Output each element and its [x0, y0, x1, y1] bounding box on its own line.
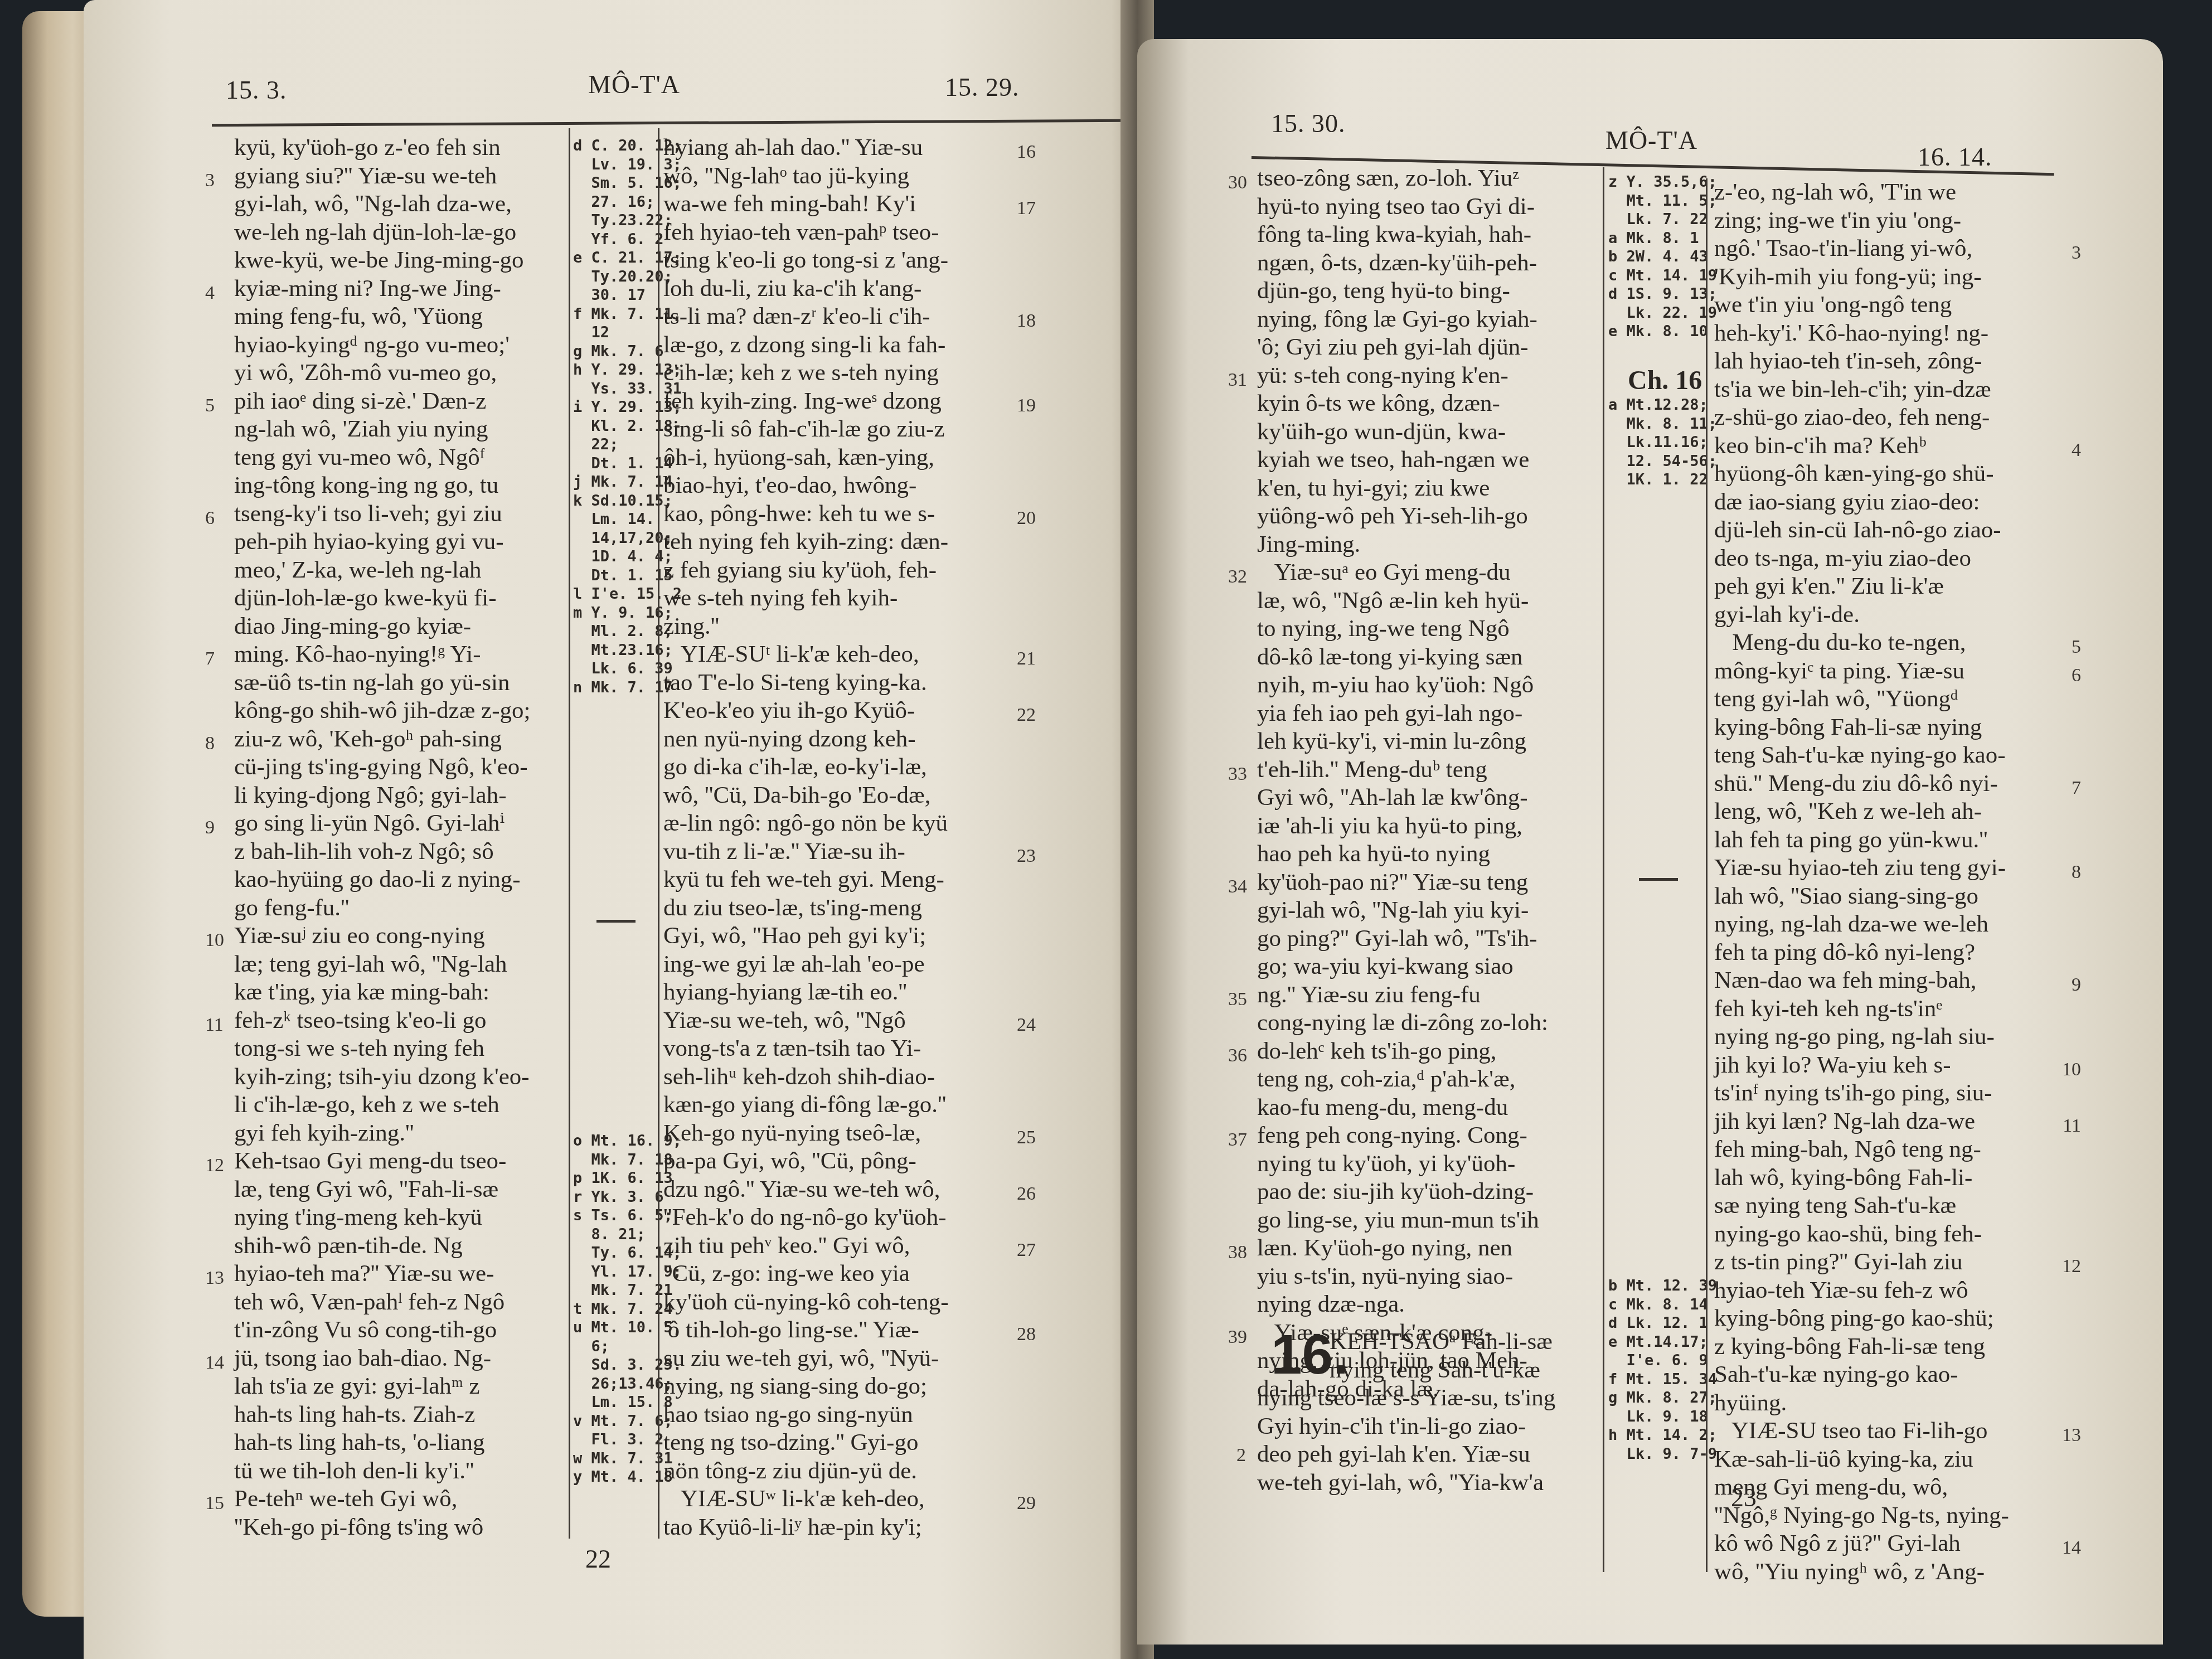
text-line: ng.'' Yiæ-su ziu feng-fu	[1257, 981, 1597, 1010]
text-line: kyiæ-ming ni? Ing-we Jing-	[234, 275, 574, 303]
text-line: ''Cü, z-go: ing-we keo yia	[663, 1260, 1003, 1288]
verse-number: 27	[1017, 1236, 1036, 1265]
text-line: go feng-fu.''	[234, 894, 574, 923]
text-line: ts'ia we bin-leh-c'ih; yin-dzæ	[1714, 376, 2049, 404]
text-line: Gyi wô, ''Ah-lah læ kw'ông-	[1257, 784, 1597, 812]
text-line: gyi feh kyih-zing.''	[234, 1119, 574, 1148]
text-line: go ping?'' Gyi-lah wô, ''Ts'ih-	[1257, 925, 1597, 953]
column-divider	[658, 128, 659, 1539]
text-line: to nying, ing-we teng Ngô	[1257, 615, 1597, 643]
text-line: lah hyiao-teh t'in-seh, zông-	[1714, 347, 2049, 376]
text-line: hyiao-kyingᵈ ng-go vu-meo;'	[234, 331, 574, 360]
right-page-cross-references-bottom: b Mt. 12. 39c Mk. 8. 14d Lk. 12. 1e Mt.1…	[1608, 1277, 1717, 1463]
verse-number: 30	[1228, 169, 1247, 197]
text-line: Næn-dao wa feh ming-bah,	[1714, 967, 2049, 995]
text-line: cong-nying læ di-zông zo-loh:	[1257, 1009, 1597, 1037]
verse-number: 9	[205, 814, 215, 842]
text-line: nying-go kao-shü, bing feh-	[1714, 1220, 2049, 1249]
header-rule	[212, 119, 1126, 127]
text-line: feh kyih-zing. Ing-weˢ dzong	[663, 387, 1003, 416]
text-line: nön tông-z ziu djün-yü de.	[663, 1457, 1003, 1486]
verse-number: 20	[1017, 505, 1036, 533]
cross-reference: h Mt. 14. 2;	[1608, 1426, 1717, 1445]
text-line: K'eo-k'eo yiu ih-go Kyüô-	[663, 697, 1003, 725]
cross-reference: a Mk. 8. 1	[1608, 229, 1717, 248]
text-line: tseo-zông sæn, zo-loh. Yiuᶻ	[1257, 164, 1597, 193]
cross-reference: Lk. 9. 18	[1608, 1408, 1717, 1427]
text-line: hyüing.	[1714, 1389, 2049, 1418]
text-line: æ-lin ngô: ngô-go nön be kyü	[663, 809, 1003, 838]
chapter-reference-heading: Ch. 16	[1628, 365, 1702, 396]
left-header-reference-end: 15. 29.	[945, 72, 1020, 102]
text-line: zih tiu pehᵛ keo.'' Gyi wô,	[663, 1232, 1003, 1260]
cross-reference: Lk.11.16;	[1608, 433, 1717, 452]
cross-reference: b 2W. 4. 43	[1608, 248, 1717, 266]
verse-number: 4	[205, 279, 215, 308]
text-line: su ziu we-teh gyi, wô, ''Nyü-	[663, 1345, 1003, 1373]
text-line: ing-we gyi læ ah-lah 'eo-pe	[663, 950, 1003, 979]
text-line: c'ih-læ; keh z we s-teh nying	[663, 359, 1003, 387]
verse-number: 15	[205, 1490, 224, 1518]
reference-separator-dash	[1639, 878, 1678, 881]
right-page-text-column-1: tseo-zông sæn, zo-loh. Yiuᶻhyü-to nying …	[1257, 164, 1597, 1403]
text-line: læ; teng gyi-lah wô, ''Ng-lah	[234, 950, 574, 979]
text-line: we-leh ng-lah djün-loh-læ-go	[234, 219, 574, 247]
verse-number: 3	[2072, 239, 2081, 268]
text-line: Yiæ-suʲ ziu eo cong-nying	[234, 922, 574, 950]
text-line: sæ-üô ts-tin ng-lah go yü-sin	[234, 669, 574, 697]
verse-number: 37	[1228, 1126, 1247, 1154]
text-line: djü-leh sin-cü Iah-nô-go ziao-	[1714, 516, 2049, 545]
text-line: deo peh gyi-lah k'en. Yiæ-su	[1257, 1440, 1597, 1469]
text-line: Keh-tsao Gyi meng-du tseo-	[234, 1147, 574, 1176]
text-line: kông-go shih-wô jih-dzæ z-go;	[234, 697, 574, 725]
right-header-reference-start: 15. 30.	[1271, 109, 1346, 138]
text-line: vong-ts'a z tæn-tsih tao Yi-	[663, 1035, 1003, 1063]
left-page-text-column-2: hyiang ah-lah dao.'' Yiæ-suwô, ''Ng-lahᵒ…	[663, 134, 1003, 1541]
text-line: 'ô; Gyi ziu peh gyi-lah djün-	[1257, 333, 1597, 362]
text-line: hah-ts ling hah-ts, 'o-liang	[234, 1429, 574, 1457]
verse-number: 35	[1228, 986, 1247, 1014]
text-line: Gyi hyin-c'ih t'in-li-go ziao-	[1257, 1413, 1597, 1441]
cross-reference: c Mt. 14. 19	[1608, 266, 1717, 285]
verse-number: 28	[1017, 1321, 1036, 1349]
text-line: Keh-go nyü-nying tseô-læ,	[663, 1119, 1003, 1148]
text-line: go sing li-yün Ngô. Gyi-lahⁱ	[234, 809, 574, 838]
text-line: loh du-li, ziu ka-c'ih k'ang-	[663, 275, 1003, 303]
text-line: djün-go, teng hyü-to bing-	[1257, 277, 1597, 305]
text-line: keo bin-c'ih ma? Kehᵇ	[1714, 432, 2049, 460]
text-line: Yiæ-su we-teh, wô, ''Ngô	[663, 1007, 1003, 1035]
verse-number: 8	[2072, 858, 2081, 887]
text-line: nyih, m-yiu hao ky'üoh: Ngô	[1257, 671, 1597, 700]
text-line: YIÆ-SU tseo tao Fi-lih-go	[1714, 1417, 2049, 1445]
verse-number: 32	[1228, 563, 1247, 591]
verse-number: 34	[1228, 873, 1247, 901]
verse-number: 22	[1017, 701, 1036, 730]
text-line: hyüong-ôh kæn-ying-go shü-	[1714, 460, 2049, 488]
text-line: lah feh ta ping go yün-kwu.''	[1714, 826, 2049, 855]
text-line: YIÆ-SUʷ li-k'æ keh-deo,	[663, 1485, 1003, 1514]
text-line: gyi-lah, wô, ''Ng-lah dza-we,	[234, 190, 574, 219]
verse-number: 10	[2062, 1056, 2081, 1084]
verse-number: 6	[2072, 662, 2081, 690]
text-line: we s-teh nying feh kyih-	[663, 584, 1003, 613]
text-line: teng gyi vu-meo wô, Ngôᶠ	[234, 444, 574, 472]
verse-number: 6	[205, 505, 215, 533]
text-line: feh ming-bah, Ngô teng ng-	[1714, 1136, 2049, 1164]
cross-reference: e Mt.14.17;	[1608, 1333, 1717, 1352]
text-line: yia feh iao peh gyi-lah ngo-	[1257, 700, 1597, 728]
right-header-reference-end: 16. 14.	[1918, 142, 1992, 172]
text-line: teng gyi-lah wô, ''Yüongᵈ	[1714, 685, 2049, 714]
text-line: Kæ-sah-li-üô kying-ka, ziu	[1714, 1445, 2049, 1474]
text-line: Pe-tehⁿ we-teh Gyi wô,	[234, 1485, 574, 1514]
verse-number: 17	[1017, 195, 1036, 223]
text-line: li c'ih-læ-go, keh z we s-teh	[234, 1091, 574, 1119]
text-line: dzu ngô.'' Yiæ-su we-teh wô,	[663, 1176, 1003, 1204]
text-line: tong-si we s-teh nying feh	[234, 1035, 574, 1063]
verse-number: 21	[1017, 645, 1036, 673]
text-line: læ, wô, ''Ngô æ-lin keh hyü-	[1257, 587, 1597, 615]
text-line: ts'inᶠ nying ts'ih-go ping, siu-	[1714, 1079, 2049, 1108]
text-line: kying-bông Fah-li-sæ nying	[1714, 714, 2049, 742]
right-page: 15. 30. MÔ-T'A 16. 14. tseo-zông sæn, zo…	[1137, 39, 2163, 1645]
cross-reference: Mt. 11. 5;	[1608, 192, 1717, 211]
text-line: ing-tông kong-ing ng go, tu	[234, 472, 574, 500]
text-line: ''Feh-k'o do ng-nô-go ky'üoh-	[663, 1204, 1003, 1232]
text-line: go; wa-yiu kyi-kwang siao	[1257, 953, 1597, 981]
text-line: Jing-ming.	[1257, 531, 1597, 559]
text-line: dô-kô læ-tong yi-kying sæn	[1257, 643, 1597, 672]
text-line: teh wô, Væn-pahˡ feh-z Ngô	[234, 1288, 574, 1317]
text-line: hao tsiao ng-go sing-nyün	[663, 1401, 1003, 1429]
verse-number: 26	[1017, 1180, 1036, 1209]
verse-number: 36	[1228, 1042, 1247, 1070]
text-line: z-shü-go ziao-deo, feh neng-	[1714, 404, 2049, 432]
text-line: kyü tu feh we-teh gyi. Meng-	[663, 866, 1003, 894]
text-line: leh kyü-ky'i, vi-min lu-zông	[1257, 727, 1597, 756]
verse-number: 7	[2072, 774, 2081, 803]
verse-number: 38	[1228, 1239, 1247, 1267]
text-line: tseng-ky'i tso li-veh; gyi ziu	[234, 500, 574, 528]
text-line: iæ 'ah-li yiu ka hyü-to ping,	[1257, 812, 1597, 841]
text-line: feh hyiao-teh væn-pahᵖ tseo-	[663, 219, 1003, 247]
text-line: hyiang-hyiang læ-tih eo.''	[663, 978, 1003, 1007]
text-line: wô, ''Yiu nyingʰ wô, z 'Ang-	[1714, 1558, 2049, 1587]
text-line: sing-li sô fah-c'ih-læ go ziu-z	[663, 415, 1003, 444]
text-line: kyiah we tseo, hah-ngæn we	[1257, 446, 1597, 474]
text-line: go ling-se, yiu mun-mun ts'ih	[1257, 1206, 1597, 1235]
text-line: yiu s-ts'in, nyü-nying siao-	[1257, 1263, 1597, 1291]
text-line: meng Gyi meng-du, wô,	[1714, 1473, 2049, 1502]
cross-reference: d 1S. 9. 13;	[1608, 285, 1717, 304]
text-line: kao, pông-hwe: keh tu we s-	[663, 500, 1003, 528]
text-line: lah wô, ''Siao siang-sing-go	[1714, 882, 2049, 911]
text-line: ming feng-fu, wô, 'Yüong	[234, 303, 574, 331]
text-line: vu-tih z li-'æ.'' Yiæ-su ih-	[663, 838, 1003, 866]
text-line: læ, teng Gyi wô, ''Fah-li-sæ	[234, 1176, 574, 1204]
text-line: gyi-lah ky'i-de.	[1714, 601, 2049, 629]
text-line: nying ng-go ping, ng-lah siu-	[1714, 1023, 2049, 1051]
text-line: Meng-du du-ko te-ngen,	[1714, 629, 2049, 657]
text-line: z-'eo, ng-lah wô, 'T'in we	[1714, 178, 2049, 207]
text-line: læ-go, z dzong sing-li ka fah-	[663, 331, 1003, 360]
text-line: kyih-zing; tsih-yiu dzong k'eo-	[234, 1063, 574, 1092]
text-line: z bah-lih-lih voh-z Ngô; sô	[234, 838, 574, 866]
cross-reference: f Mt. 15. 34	[1608, 1370, 1717, 1389]
text-line: shü.'' Meng-du ziu dô-kô nyi-	[1714, 770, 2049, 798]
verse-number: 3	[205, 167, 215, 195]
cross-reference: z Y. 35.5,6;	[1608, 173, 1717, 192]
verse-number: 13	[2062, 1422, 2081, 1450]
text-line: gyi-lah wô, ''Ng-lah yiu kyi-	[1257, 896, 1597, 925]
text-line: nying dzæ-nga.	[1257, 1291, 1597, 1319]
text-line: nying, ng-lah dza-we we-leh	[1714, 910, 2049, 939]
verse-number: 14	[2062, 1534, 2081, 1563]
text-line: kao-hyüing go dao-li z nying-	[234, 866, 574, 894]
text-line: ng-lah wô, 'Ziah yiu nying	[234, 415, 574, 444]
text-line: kyin ô-ts we kông, dzæn-	[1257, 390, 1597, 418]
text-line: kô wô Ngô z jü?'' Gyi-lah	[1714, 1530, 2049, 1558]
left-header-reference-start: 15. 3.	[226, 75, 287, 105]
text-line: pao de: siu-jih ky'üoh-dzing-	[1257, 1178, 1597, 1206]
text-line: tao Kyüô-li-liʸ hæ-pin ky'i;	[663, 1514, 1003, 1542]
text-line: ôh-i, hyüong-sah, kæn-ying,	[663, 444, 1003, 472]
left-page: 15. 3. MÔ-T'A 15. 29. kyü, ky'üoh-go z-'…	[84, 0, 1154, 1659]
text-line: feh kyi-teh keh ng-ts'inᵉ	[1714, 995, 2049, 1023]
column-divider	[1603, 167, 1604, 1572]
right-header-title: MÔ-T'A	[1605, 125, 1697, 155]
text-line: kæn-go yiang di-fông læ-go.''	[663, 1091, 1003, 1119]
verse-number: 23	[1017, 842, 1036, 871]
text-line: z ts-tin ping?'' Gyi-lah ziu	[1714, 1248, 2049, 1277]
cross-reference: c Mk. 8. 14	[1608, 1296, 1717, 1314]
cross-reference: g Mk. 8. 27;	[1608, 1389, 1717, 1408]
verse-number: 31	[1228, 366, 1247, 395]
text-line: shih-wô pæn-tih-de. Ng	[234, 1232, 574, 1260]
text-line: teng ng, coh-zia,ᵈ p'ah-k'æ,	[1257, 1065, 1597, 1094]
text-line: nying t'ing-meng keh-kyü	[234, 1204, 574, 1232]
verse-number: 25	[1017, 1124, 1036, 1152]
text-line: ky'üih-go wun-djün, kwa-	[1257, 418, 1597, 447]
text-line: pih iaoᵉ ding si-zè.' Dæn-z	[234, 387, 574, 416]
text-line: djün-loh-læ-go kwe-kyü fi-	[234, 584, 574, 613]
text-line: KEH-TSAOᵃ Fah-li-sæ	[1257, 1328, 1597, 1356]
text-line: nying, ng siang-sing do-go;	[663, 1372, 1003, 1401]
text-line: feh-zᵏ tseo-tsing k'eo-li go	[234, 1007, 574, 1035]
text-line: peh gyi k'en.'' Ziu li-k'æ	[1714, 573, 2049, 601]
verse-number: 2	[1236, 1445, 1246, 1466]
text-line: teh nying feh kyih-zing: dæn-	[663, 528, 1003, 556]
verse-number: 12	[205, 1152, 224, 1180]
text-line: hah-ts ling hah-ts. Ziah-z	[234, 1401, 574, 1429]
text-line: t'eh-lih.'' Meng-duᵇ teng	[1257, 756, 1597, 784]
verse-number: 39	[1228, 1323, 1247, 1352]
text-line: hao peh ka hyü-to nying	[1257, 840, 1597, 869]
text-line: nying teng Sah-t'u-kæ	[1257, 1356, 1597, 1385]
text-line: Yiæ-suᵃ eo Gyi meng-du	[1257, 559, 1597, 587]
verse-number: 5	[2072, 633, 2081, 662]
text-line: tü we tih-loh den-li ky'i.''	[234, 1457, 574, 1486]
verse-number: 29	[1017, 1490, 1036, 1518]
text-line: du ziu tseo-læ, ts'ing-meng	[663, 894, 1003, 923]
verse-number: 5	[205, 392, 215, 420]
verse-number: 16	[1017, 138, 1036, 167]
text-line: yi wô, 'Zôh-mô vu-meo go,	[234, 359, 574, 387]
text-line: wa-we feh ming-bah! Ky'i	[663, 190, 1003, 219]
text-line: cü-jing ts'ing-gying Ngô, k'eo-	[234, 753, 574, 782]
text-line: deo ts-nga, m-yiu ziao-deo	[1714, 545, 2049, 573]
verse-number: 9	[2072, 971, 2081, 1000]
text-line: we t'in yiu 'ong-ngô teng	[1714, 291, 2049, 319]
verse-number: 12	[2062, 1253, 2081, 1281]
text-line: meo,' Z-ka, we-leh ng-lah	[234, 556, 574, 585]
verse-number: 24	[1017, 1011, 1036, 1040]
right-page-number: 23	[1731, 1483, 1757, 1512]
text-line: jü, tsong iao bah-diao. Ng-	[234, 1345, 574, 1373]
text-line: diao Jing-ming-go kyiæ-	[234, 613, 574, 641]
text-line: hyiao-teh Yiæ-su feh-z wô	[1714, 1277, 2049, 1305]
verse-number: 18	[1017, 307, 1036, 336]
text-line: ming. Kô-hao-nying!ᵍ Yi-	[234, 641, 574, 669]
text-line: hyiao-teh ma?'' Yiæ-su we-	[234, 1260, 574, 1288]
verse-number: 33	[1228, 760, 1247, 789]
text-line: feng peh cong-nying. Cong-	[1257, 1122, 1597, 1150]
reference-separator-dash	[596, 920, 636, 923]
text-line: do-lehᶜ keh ts'ih-go ping,	[1257, 1037, 1597, 1066]
text-line: kao-fu meng-du, meng-du	[1257, 1094, 1597, 1122]
text-line: li kying-djong Ngô; gyi-lah-	[234, 782, 574, 810]
text-line: kyü, ky'üoh-go z-'eo feh sin	[234, 134, 574, 162]
text-line: YIÆ-SUᵗ li-k'æ keh-deo,	[663, 641, 1003, 669]
text-line: dæ iao-siang gyiu ziao-deo:	[1714, 488, 2049, 517]
text-line: ''Ngô,ᵍ Nying-go Ng-ts, nying-	[1714, 1502, 2049, 1530]
text-line: hyiang ah-lah dao.'' Yiæ-su	[663, 134, 1003, 162]
right-page-text-column-2: z-'eo, ng-lah wô, 'T'in wezing; ing-we t…	[1714, 178, 2049, 1586]
column-divider	[1706, 178, 1707, 1572]
chapter-16-cross-references: a Mt.12.28; Mk. 8. 11; Lk.11.16; 12. 54-…	[1608, 396, 1717, 489]
text-line: zing; ing-we t'in yiu 'ong-	[1714, 207, 2049, 235]
chapter-16-opening-text: KEH-TSAOᵃ Fah-li-sænying teng Sah-t'u-kæ…	[1257, 1328, 1597, 1497]
text-line: jih kyi læn? Ng-lah dza-we	[1714, 1108, 2049, 1136]
cross-reference: Lk. 9. 7-9	[1608, 1445, 1717, 1464]
text-line: feh ta ping dô-kô nyi-leng?	[1714, 939, 2049, 967]
text-line: ngô.' Tsao-t'in-liang yi-wô,	[1714, 235, 2049, 263]
text-line: yüông-wô peh Yi-seh-lih-go	[1257, 502, 1597, 531]
text-line: Gyi, wô, ''Hao peh gyi ky'i;	[663, 922, 1003, 950]
left-header-title: MÔ-T'A	[588, 70, 680, 99]
text-line: kæ t'ing, yia kæ ming-bah:	[234, 978, 574, 1007]
text-line: k'en, tu hyi-gyi; ziu kwe	[1257, 474, 1597, 503]
verse-number: 13	[205, 1264, 224, 1293]
text-line: nen nyü-nying dzong keh-	[663, 725, 1003, 754]
text-line: ky'üoh-pao ni?'' Yiæ-su teng	[1257, 869, 1597, 897]
cross-reference: 1K. 1. 22	[1608, 470, 1717, 489]
text-line: lah ts'ia ze gyi: gyi-lahᵐ z	[234, 1372, 574, 1401]
text-line: læn. Ky'üoh-go nying, nen	[1257, 1234, 1597, 1263]
text-line: ts-li ma? dæn-zʳ k'eo-li c'ih-	[663, 303, 1003, 331]
text-line: z feh gyiang siu ky'üoh, feh-	[663, 556, 1003, 585]
cross-reference: d Lk. 12. 1	[1608, 1314, 1717, 1333]
text-line: sæ nying teng Sah-t'u-kæ	[1714, 1192, 2049, 1220]
text-line: ky'üoh cü-nying-kô coh-teng-	[663, 1288, 1003, 1317]
text-line: hyü-to nying tseo tao Gyi di-	[1257, 193, 1597, 221]
cross-reference: Mk. 8. 11;	[1608, 415, 1717, 434]
text-line: kying-bông ping-go kao-shü;	[1714, 1304, 2049, 1333]
text-line: z kying-bông Fah-li-sæ teng	[1714, 1333, 2049, 1361]
text-line: leng, wô, ''Keh z we-leh ah-	[1714, 798, 2049, 826]
text-line: wô, ''Ng-lahᵒ tao jü-kying	[663, 162, 1003, 191]
verse-number: 7	[205, 645, 215, 673]
text-line: ziu-z wô, 'Keh-goʰ pah-sing	[234, 725, 574, 754]
cross-reference: 12. 54-56;	[1608, 452, 1717, 471]
verse-number: 8	[205, 730, 215, 758]
cross-reference: b Mt. 12. 39	[1608, 1277, 1717, 1296]
cross-reference: Lk. 7. 22	[1608, 210, 1717, 229]
text-line: yü: s-teh cong-nying k'en-	[1257, 362, 1597, 390]
left-page-text-column-1: kyü, ky'üoh-go z-'eo feh singyiang siu?'…	[234, 134, 574, 1541]
text-line: go di-ka c'ih-læ, eo-ky'i-læ,	[663, 753, 1003, 782]
text-line: wô, ''Cü, Da-bih-go 'Eo-dæ,	[663, 782, 1003, 810]
verse-number: 14	[205, 1349, 224, 1377]
text-line: nying tseo-læ s-s Yiæ-su, ts'ing	[1257, 1384, 1597, 1413]
text-line: kwe-kyü, we-be Jing-ming-go	[234, 246, 574, 275]
text-line: gyiang siu?'' Yiæ-su we-teh	[234, 162, 574, 191]
text-line: Yiæ-su hyiao-teh ziu teng gyi-	[1714, 854, 2049, 882]
text-line: seh-lihᵘ keh-dzoh shih-diao-	[663, 1063, 1003, 1092]
right-page-cross-references-top: z Y. 35.5,6; Mt. 11. 5; Lk. 7. 22a Mk. 8…	[1608, 173, 1717, 341]
verse-number: 10	[205, 926, 224, 955]
text-line: pa-pa Gyi, wô, ''Cü, pông-	[663, 1147, 1003, 1176]
text-line: biao-hyi, t'eo-dao, hwông-	[663, 472, 1003, 500]
text-line: peh-pih hyiao-kying gyi vu-	[234, 528, 574, 556]
text-line: ''Keh-go pi-fông ts'ing wô	[234, 1514, 574, 1542]
text-line: nying tu ky'üoh, yi ky'üoh-	[1257, 1150, 1597, 1178]
text-line: 'ô tih-loh-go ling-se.'' Yiæ-	[663, 1316, 1003, 1345]
text-line: Sah-t'u-kæ nying-go kao-	[1714, 1361, 2049, 1389]
verse-number: 11	[205, 1011, 224, 1040]
cross-reference: Lk. 22. 19	[1608, 304, 1717, 323]
verse-number: 4	[2072, 436, 2081, 465]
cross-reference: I'e. 6. 9	[1608, 1351, 1717, 1370]
verse-number: 19	[1017, 392, 1036, 420]
text-line: mông-kyiᶜ ta ping. Yiæ-su	[1714, 657, 2049, 686]
text-line: lah wô, kying-bông Fah-li-	[1714, 1164, 2049, 1192]
text-line: nying, fông læ Gyi-go kyiah-	[1257, 305, 1597, 334]
text-line: we-teh gyi-lah, wô, ''Yia-kw'a	[1257, 1469, 1597, 1497]
text-line: tao T'e-lo Si-teng kying-ka.	[663, 669, 1003, 697]
text-line: tsing k'eo-li go tong-si z 'ang-	[663, 246, 1003, 275]
text-line: teng Sah-t'u-kæ nying-go kao-	[1714, 741, 2049, 770]
verse-number: 11	[2063, 1112, 2081, 1141]
column-divider	[569, 128, 570, 1539]
cross-reference: e Mk. 8. 10	[1608, 322, 1717, 341]
cross-reference: a Mt.12.28;	[1608, 396, 1717, 415]
text-line: ngæn, ô-ts, dzæn-ky'üih-peh-	[1257, 249, 1597, 278]
text-line: heh-ky'i.' Kô-hao-nying! ng-	[1714, 319, 2049, 348]
text-line: zing.''	[663, 613, 1003, 641]
text-line: teng ng tso-dzing.'' Gyi-go	[663, 1429, 1003, 1457]
text-line: fông ta-ling kwa-kyiah, hah-	[1257, 221, 1597, 249]
text-line: jih kyi lo? Wa-yiu keh s-	[1714, 1051, 2049, 1080]
left-page-number: 22	[585, 1544, 611, 1574]
text-line: t'in-zông Vu sô cong-tih-go	[234, 1316, 574, 1345]
text-line: 'Kyih-mih yiu fong-yü; ing-	[1714, 263, 2049, 292]
